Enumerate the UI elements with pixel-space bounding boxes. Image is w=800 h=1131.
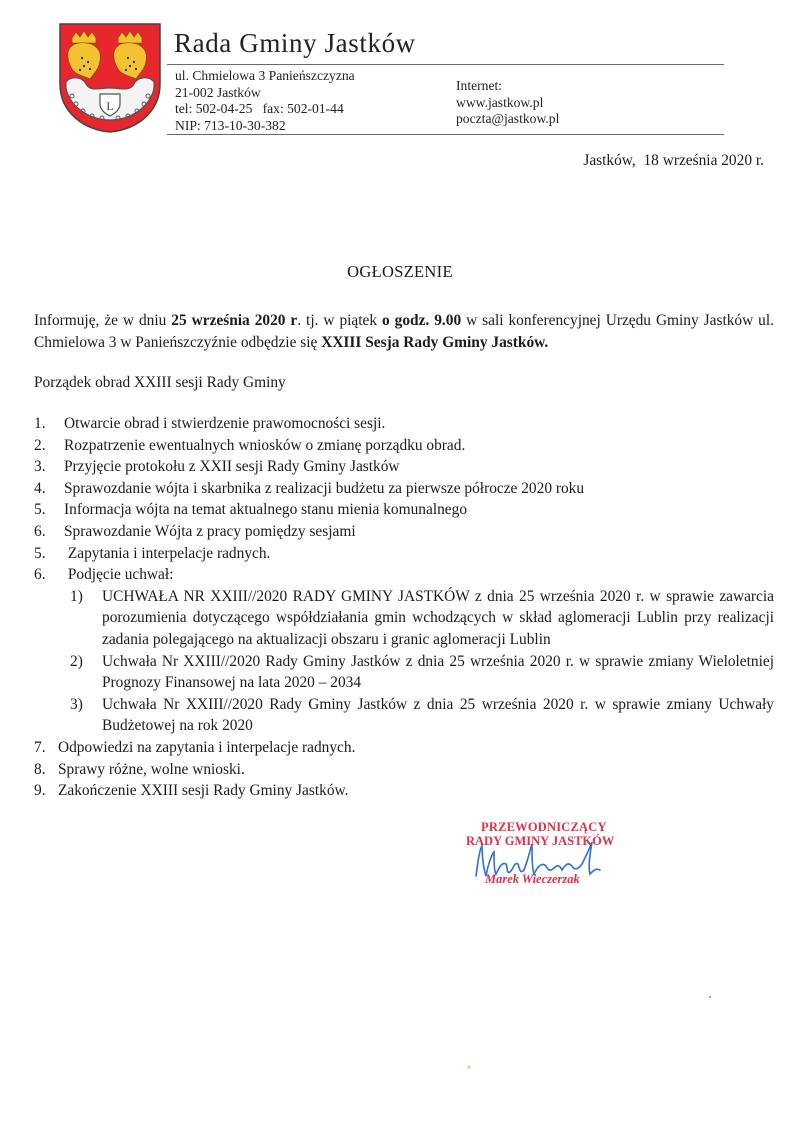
agenda-item: 6. Podjęcie uchwał: <box>34 564 774 586</box>
agenda-item-text: Odpowiedzi na zapytania i interpelacje r… <box>58 737 774 759</box>
agenda-item-text: Sprawozdanie wójta i skarbnika z realiza… <box>64 478 774 500</box>
address-nip: NIP: 713-10-30-382 <box>175 118 355 135</box>
agenda-item-text: Podjęcie uchwał: <box>64 564 774 586</box>
agenda-item: 7.Odpowiedzi na zapytania i interpelacje… <box>34 737 774 759</box>
email-link[interactable]: poczta@jastkow.pl <box>456 111 559 128</box>
stamp-title-line-1: PRZEWODNICZĄCY <box>481 820 607 835</box>
session-date: 25 września 2020 r <box>171 312 297 329</box>
agenda-item: 8.Sprawy różne, wolne wnioski. <box>34 759 774 781</box>
agenda-item: 6.Sprawozdanie Wójta z pracy pomiędzy se… <box>34 521 774 543</box>
intro-paragraph: Informuję, że w dniu 25 września 2020 r.… <box>34 310 774 354</box>
coat-of-arms-icon: L <box>58 22 162 134</box>
resolution-text: Uchwała Nr XXIII//2020 Rady Gminy Jastkó… <box>102 694 774 737</box>
resolution-item: 1)UCHWAŁA NR XXIII//2020 RADY GMINY JAST… <box>70 586 774 651</box>
session-time: o godz. 9.00 <box>382 312 461 329</box>
scan-speck <box>709 996 711 998</box>
agenda-item: 3.Przyjęcie protokołu z XXII sesji Rady … <box>34 456 774 478</box>
stamp-signatory-name: Marek Wieczerzak <box>485 872 580 887</box>
internet-block: Internet: www.jastkow.pl poczta@jastkow.… <box>456 78 559 128</box>
agenda-item-number: 2. <box>34 435 64 457</box>
agenda-item: 9.Zakończenie XXIII sesji Rady Gminy Jas… <box>34 780 774 802</box>
agenda-item-number: 6. <box>34 521 64 543</box>
agenda-item-number: 7. <box>34 737 58 759</box>
website-link[interactable]: www.jastkow.pl <box>456 95 559 112</box>
resolution-number: 2) <box>70 651 102 694</box>
resolution-number: 1) <box>70 586 102 651</box>
agenda-item-number: 5. <box>34 499 64 521</box>
agenda-item-text: Otwarcie obrad i stwierdzenie prawomocno… <box>64 413 774 435</box>
session-name: XXIII Sesja Rady Gminy Jastków. <box>321 334 548 351</box>
agenda-item-text: Przyjęcie protokołu z XXII sesji Rady Gm… <box>64 456 774 478</box>
date-line: Jastków, 18 września 2020 r. <box>583 152 764 170</box>
agenda-item-text: Informacja wójta na temat aktualnego sta… <box>64 499 774 521</box>
scan-speck <box>467 1065 471 1069</box>
agenda-item-text: Zapytania i interpelacje radnych. <box>64 543 774 565</box>
address-phone-fax: tel: 502-04-25 fax: 502-01-44 <box>175 101 355 118</box>
agenda-list: 1.Otwarcie obrad i stwierdzenie prawomoc… <box>34 413 774 802</box>
agenda-item-number: 6. <box>34 564 64 586</box>
resolution-text: Uchwała Nr XXIII//2020 Rady Gminy Jastkó… <box>102 651 774 694</box>
agenda-item-number: 8. <box>34 759 58 781</box>
resolution-item: 2)Uchwała Nr XXIII//2020 Rady Gminy Jast… <box>70 651 774 694</box>
agenda-title: Porządek obrad XXIII sesji Rady Gminy <box>34 374 286 392</box>
agenda-item-number: 3. <box>34 456 64 478</box>
agenda-item-text: Zakończenie XXIII sesji Rady Gminy Jastk… <box>58 780 774 802</box>
agenda-item: 4.Sprawozdanie wójta i skarbnika z reali… <box>34 478 774 500</box>
agenda-item-number: 1. <box>34 413 64 435</box>
address-street: ul. Chmielowa 3 Panieńszczyzna <box>175 68 355 85</box>
agenda-item: 2.Rozpatrzenie ewentualnych wniosków o z… <box>34 435 774 457</box>
header-rule-top <box>167 64 724 65</box>
agenda-item-text: Sprawy różne, wolne wnioski. <box>58 759 774 781</box>
header-rule-bottom <box>167 134 724 135</box>
agenda-item-text: Sprawozdanie Wójta z pracy pomiędzy sesj… <box>64 521 774 543</box>
internet-label: Internet: <box>456 78 559 95</box>
agenda-item-number: 5. <box>34 543 64 565</box>
intro-text-2: . tj. w piątek <box>297 312 382 329</box>
agenda-item: 5. Zapytania i interpelacje radnych. <box>34 543 774 565</box>
resolution-number: 3) <box>70 694 102 737</box>
agenda-item: 1.Otwarcie obrad i stwierdzenie prawomoc… <box>34 413 774 435</box>
document-heading: OGŁOSZENIE <box>0 262 800 282</box>
address-city: 21-002 Jastków <box>175 85 355 102</box>
agenda-item: 5.Informacja wójta na temat aktualnego s… <box>34 499 774 521</box>
intro-text-1: Informuję, że w dniu <box>34 312 171 329</box>
resolution-text: UCHWAŁA NR XXIII//2020 RADY GMINY JASTKÓ… <box>102 586 774 651</box>
agenda-item-number: 4. <box>34 478 64 500</box>
agenda-item-text: Rozpatrzenie ewentualnych wniosków o zmi… <box>64 435 774 457</box>
organization-name: Rada Gminy Jastków <box>174 28 416 59</box>
resolution-item: 3)Uchwała Nr XXIII//2020 Rady Gminy Jast… <box>70 694 774 737</box>
agenda-item-number: 9. <box>34 780 58 802</box>
svg-text:L: L <box>106 99 113 113</box>
address-block: ul. Chmielowa 3 Panieńszczyzna 21-002 Ja… <box>175 68 355 134</box>
